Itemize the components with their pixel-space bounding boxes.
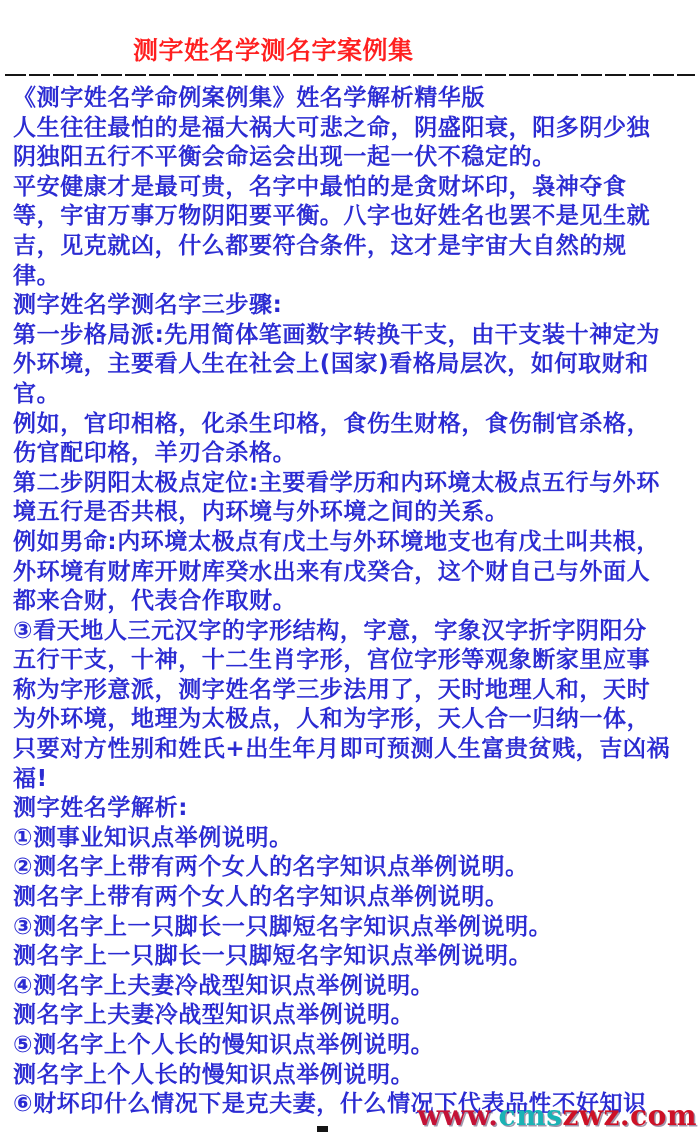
watermark-prefix: www. bbox=[417, 1099, 498, 1132]
text-line: 测字姓名学测名字三步骤: bbox=[13, 291, 697, 321]
text-line: 伤官配印格，羊刃合杀格。 bbox=[13, 439, 697, 469]
watermark-suffix: zwz.com bbox=[562, 1099, 697, 1132]
text-line: 官。 bbox=[13, 380, 697, 410]
text-line: 称为字形意派，测字姓名学三步法用了，天时地理人和，天时 bbox=[13, 676, 697, 706]
text-line: 境五行是否共根，内环境与外环境之间的关系。 bbox=[13, 498, 697, 528]
text-line: 测字姓名学解析: bbox=[13, 794, 697, 824]
text-line: 第二步阴阳太极点定位:主要看学历和内环境太极点五行与外环 bbox=[13, 469, 697, 499]
text-line: 只要对方性别和姓氏+出生年月即可预测人生富贵贫贱，吉凶祸 bbox=[13, 735, 697, 765]
text-line: 例如，官印相格，化杀生印格，食伤生财格，食伤制官杀格， bbox=[13, 410, 697, 440]
page-number-mark bbox=[317, 1126, 328, 1132]
text-line: 等，宇宙万事万物阴阳要平衡。八字也好姓名也罢不是见生就 bbox=[13, 202, 697, 232]
text-line: 测名字上夫妻冷战型知识点举例说明。 bbox=[13, 1001, 697, 1031]
divider-line bbox=[5, 74, 695, 76]
text-line: 平安健康才是最可贵，名字中最怕的是贪财坏印，袅神夺食 bbox=[13, 173, 697, 203]
text-line: 律。 bbox=[13, 262, 697, 292]
text-line: 测名字上一只脚长一只脚短名字知识点举例说明。 bbox=[13, 942, 697, 972]
text-line: 为外环境，地理为太极点，人和为字形，天人合一归纳一体， bbox=[13, 705, 697, 735]
text-line: ④测名字上夫妻冷战型知识点举例说明。 bbox=[13, 972, 697, 1002]
text-line: 测名字上带有两个女人的名字知识点举例说明。 bbox=[13, 883, 697, 913]
text-line: 例如男命:内环境太极点有戊土与外环境地支也有戊土叫共根， bbox=[13, 528, 697, 558]
page-title: 测字姓名学测名字案例集 bbox=[133, 31, 414, 67]
text-line: ③看天地人三元汉字的字形结构，字意，字象汉字折字阴阳分 bbox=[13, 617, 697, 647]
text-line: ③测名字上一只脚长一只脚短名字知识点举例说明。 bbox=[13, 913, 697, 943]
text-line: 吉，见克就凶，什么都要符合条件，这才是宇宙大自然的规 bbox=[13, 232, 697, 262]
text-line: 阴独阳五行不平衡会命运会出现一起一伏不稳定的。 bbox=[13, 143, 697, 173]
text-line: 外环境，主要看人生在社会上(国家)看格局层次，如何取财和 bbox=[13, 350, 697, 380]
text-line: 都来合财，代表合作取财。 bbox=[13, 587, 697, 617]
text-line: ⑤测名字上个人长的慢知识点举例说明。 bbox=[13, 1031, 697, 1061]
text-line: 人生往往最怕的是福大祸大可悲之命，阴盛阳衰，阳多阴少独 bbox=[13, 114, 697, 144]
text-line: 测名字上个人长的慢知识点举例说明。 bbox=[13, 1061, 697, 1091]
text-block: 《测字姓名学命例案例集》姓名学解析精华版 人生往往最怕的是福大祸大可悲之命，阴盛… bbox=[13, 84, 697, 1120]
text-line: ①测事业知识点举例说明。 bbox=[13, 824, 697, 854]
text-line: 外环境有财库开财库癸水出来有戊癸合，这个财自己与外面人 bbox=[13, 558, 697, 588]
text-line: 五行干支，十神，十二生肖字形，宫位字形等观象断家里应事 bbox=[13, 646, 697, 676]
watermark: www.cmszwz.com bbox=[417, 1101, 697, 1131]
body-lines: 人生往往最怕的是福大祸大可悲之命，阴盛阳衰，阳多阴少独阴独阳五行不平衡会命运会出… bbox=[13, 114, 697, 1120]
subtitle: 《测字姓名学命例案例集》姓名学解析精华版 bbox=[13, 84, 697, 114]
text-line: ②测名字上带有两个女人的名字知识点举例说明。 bbox=[13, 853, 697, 883]
document-page: 测字姓名学测名字案例集 《测字姓名学命例案例集》姓名学解析精华版 人生往往最怕的… bbox=[0, 0, 699, 1134]
watermark-mid: cms bbox=[499, 1099, 563, 1132]
text-line: 第一步格局派:先用简体笔画数字转换干支，由干支装十神定为 bbox=[13, 321, 697, 351]
text-line: 福! bbox=[13, 765, 697, 795]
